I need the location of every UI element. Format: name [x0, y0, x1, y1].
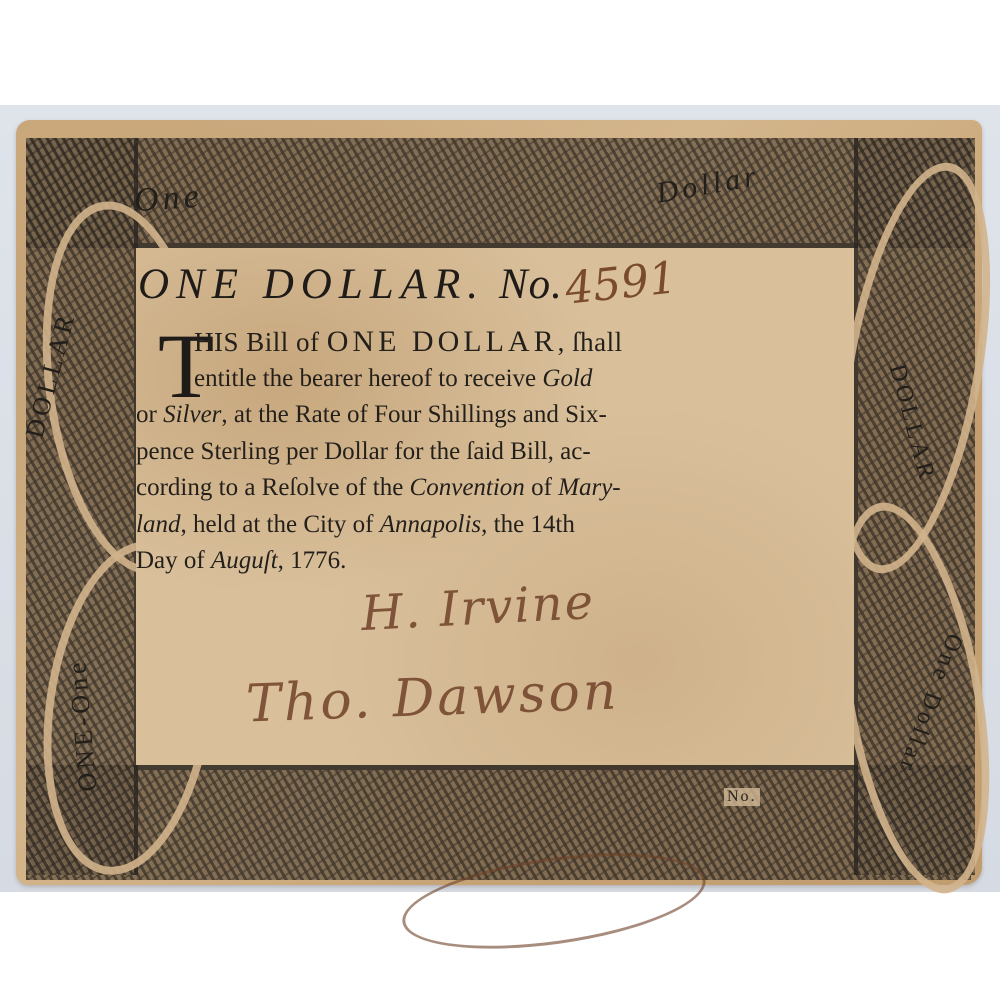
body-text-line: or Silver, at the Rate of Four Shillings…	[136, 397, 854, 434]
serial-number: 4591	[563, 252, 680, 314]
body-text-line: Day of Auguſt, 1776.	[136, 543, 854, 580]
body-text-line: land, held at the City of Annapolis, the…	[136, 507, 854, 544]
number-label: No.	[499, 261, 563, 308]
note-heading: ONE DOLLAR.No.4591	[138, 258, 677, 309]
note-body-text: HIS Bill of ONE DOLLAR, ſhallentitle the…	[136, 324, 854, 580]
border-text-top-left: One	[133, 178, 204, 221]
body-text-line: entitle the bearer hereof to receive Gol…	[136, 361, 854, 398]
body-text-line: HIS Bill of ONE DOLLAR, ſhall	[136, 324, 854, 361]
banknote: One Dollar DOLLAR ONE-One DOLLAR One Dol…	[16, 120, 982, 885]
border-text-bottom-right: No.	[724, 788, 760, 806]
body-text-line: pence Sterling per Dollar for the ſaid B…	[136, 434, 854, 471]
body-text-line: cording to a Reſolve of the Convention o…	[136, 470, 854, 507]
denomination-heading: ONE DOLLAR.	[138, 261, 485, 308]
